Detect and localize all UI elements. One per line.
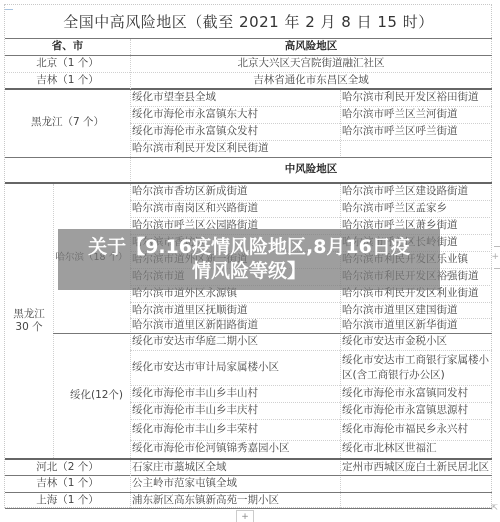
area-cell: 哈尔滨市利民开发区利民街道 bbox=[130, 141, 340, 157]
area-cell: 哈尔滨市香坊区新成街道 bbox=[130, 184, 340, 200]
area-cell: 绥化市海伦市永富镇同发村 bbox=[340, 386, 492, 402]
area-cell: 定州市西城区庞白土新民居北区 bbox=[340, 460, 492, 475]
area-cell: 浦东新区高东镇新高苑一期小区 bbox=[130, 493, 340, 508]
area-cell: 哈尔滨市道里区新阳路街道 bbox=[130, 319, 340, 333]
area-cell: 绥化市北林区世福汇 bbox=[340, 441, 492, 457]
area-cell: 绥化市海伦市福民乡永兴村 bbox=[340, 420, 492, 439]
area-cell: 哈尔滨市呼兰区孟家乡 bbox=[340, 201, 492, 217]
headline-line-1: 关于【9.16疫情风险地区,8月16日疫 bbox=[58, 235, 440, 259]
document-title: 全国中高风险地区（截至 2021 年 2 月 8 日 15 时） bbox=[5, 6, 492, 38]
province-cell: 上海（1 个） bbox=[5, 493, 130, 508]
add-sheet-button[interactable]: + bbox=[236, 510, 254, 522]
province-cell: 黑龙江（7 个） bbox=[5, 90, 130, 156]
divider bbox=[130, 460, 131, 508]
area-cell: 哈尔滨市利民开发区裕田街道 bbox=[340, 90, 492, 106]
area-cell: 绥化市海伦市永富镇思源村 bbox=[340, 403, 492, 419]
area-cell: 绥化市海伦市永富镇东大村 bbox=[130, 107, 340, 123]
area-cell: 哈尔滨市道里区抚顺街道 bbox=[130, 303, 340, 318]
area-cell: 哈尔滨市呼兰区兰河街道 bbox=[340, 107, 492, 123]
area-cell: 哈尔滨市道里区新华街道 bbox=[340, 319, 492, 333]
area-cell: 石家庄市藁城区全域 bbox=[130, 460, 340, 475]
area-cell: 哈尔滨市呼兰区建设路街道 bbox=[340, 184, 492, 200]
expand-icon[interactable]: + bbox=[491, 252, 499, 262]
column-header-province: 省、市 bbox=[5, 39, 130, 55]
area-cell: 绥化市海伦市丰山乡丰荣村 bbox=[130, 420, 340, 439]
column-header-high-risk: 高风险地区 bbox=[130, 39, 492, 55]
city-cell: 绥化(12个) bbox=[53, 334, 130, 458]
area-cell: 绥化市安达市工商银行家属楼小区(含工商银行办公区) bbox=[340, 351, 492, 385]
area-cell: 绥化市安达市审计局家属楼小区 bbox=[130, 351, 340, 385]
divider bbox=[5, 508, 492, 509]
resize-grip-icon[interactable]: ⇱ bbox=[491, 503, 498, 512]
section-header-medium-risk: 中风险地区 bbox=[130, 158, 492, 182]
scroll-tick bbox=[494, 268, 500, 269]
area-cell: 哈尔滨市道里区建国街道 bbox=[340, 303, 492, 318]
province-cell: 黑龙江 30 个 bbox=[5, 184, 53, 458]
area-cell: 吉林省通化市东昌区全域 bbox=[130, 73, 492, 89]
area-cell: 绥化市望奎县全域 bbox=[130, 90, 340, 106]
area-cell: 绥化市安达市华庭二期小区 bbox=[130, 334, 340, 350]
area-cell: 绥化市安达市金税小区 bbox=[340, 334, 492, 350]
area-cell: 绥化市海伦市丰山乡丰山村 bbox=[130, 386, 340, 402]
area-cell: 哈尔滨市南岗区和兴路街道 bbox=[130, 201, 340, 217]
area-cell: 绥化市海伦市丰山乡丰庆村 bbox=[130, 403, 340, 419]
province-cell: 吉林（1 个） bbox=[5, 73, 130, 89]
province-cell: 河北（2 个） bbox=[5, 460, 130, 475]
area-cell: 绥化市海伦市伦河镇锦秀嘉园小区 bbox=[130, 441, 340, 457]
area-cell: 哈尔滨市呼兰区呼兰街道 bbox=[340, 124, 492, 140]
area-cell: 北京大兴区天宫院街道融汇社区 bbox=[130, 56, 492, 72]
area-cell: 公主岭市范家屯镇全域 bbox=[130, 476, 340, 492]
area-cell: 绥化市海伦市永富镇众发村 bbox=[130, 124, 340, 140]
headline-overlay: 关于【9.16疫情风险地区,8月16日疫 情风险等级】 bbox=[58, 229, 440, 290]
scroll-tick bbox=[494, 246, 500, 247]
province-cell: 吉林（1 个） bbox=[5, 476, 130, 492]
headline-line-2: 情风险等级】 bbox=[58, 259, 440, 283]
province-cell: 北京（1 个） bbox=[5, 56, 130, 72]
